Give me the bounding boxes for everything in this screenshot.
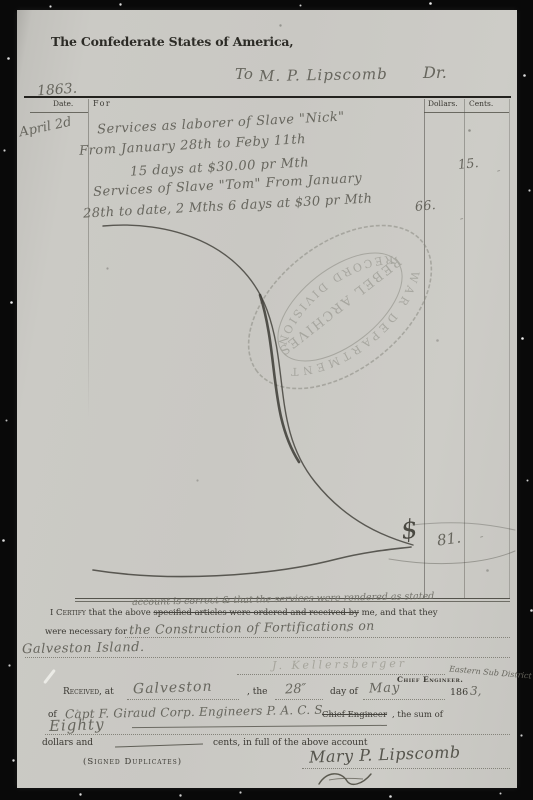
entry-amount-1-cents: ″ <box>497 170 500 180</box>
certify-printed-line: I Certify that the above specified artic… <box>50 608 490 618</box>
entry-date: April 2d <box>18 115 73 141</box>
received-place-handwritten: Galveston <box>133 679 213 698</box>
document-paper: The Confederate States of America, To M.… <box>17 10 517 788</box>
payee-signature: Mary P. Lipscomb <box>309 742 461 766</box>
certify-purpose-handwritten: the Construction of Fortifications on <box>129 618 375 637</box>
masthead-title: The Confederate States of America, <box>51 34 293 49</box>
total-dollars: 81. <box>436 528 462 549</box>
received-day-line <box>275 698 323 700</box>
payee-name-handwritten: M. P. Lipscomb <box>259 65 388 85</box>
certify-lead-rest: that the above <box>89 608 151 618</box>
entry-amount-2-cents: ″ <box>460 218 463 228</box>
total-currency-sign: $ <box>399 514 420 546</box>
received-year-printed: 186 <box>450 687 468 698</box>
brace-bottom-stroke <box>93 547 411 577</box>
film-dust-specks <box>0 0 1 1</box>
column-header-for: For <box>93 99 111 108</box>
received-year-digit-handwritten: 3, <box>470 684 481 698</box>
cents-dash-stroke <box>115 743 203 747</box>
right-edge-rule <box>509 99 510 598</box>
certify-place-handwritten: Galveston Island. <box>22 640 145 657</box>
amount-dash-stroke <box>132 725 387 728</box>
chief-engineer-title: Chief Engineer. <box>397 675 463 684</box>
total-lower-flourish <box>389 551 515 564</box>
received-day-handwritten: 28″ <box>285 681 307 697</box>
column-header-dollars: Dollars. <box>428 99 458 108</box>
dr-abbrev: Dr. <box>423 63 447 82</box>
dollars-header-underline <box>424 112 464 113</box>
signed-duplicates-label: (Signed Duplicates) <box>83 757 182 767</box>
received-label-sc: Received, <box>63 687 102 697</box>
sum-of-label: , the sum of <box>392 710 443 720</box>
received-the-label: , the <box>247 687 267 697</box>
certify-tail: me, and that they <box>362 608 438 618</box>
received-day-of-label: day of <box>330 687 358 697</box>
amount-words-handwritten: Eighty <box>49 715 105 735</box>
dollars-and-label: dollars and <box>42 738 93 748</box>
certify-line3-fill-line <box>25 656 510 658</box>
received-label-at: at <box>105 687 114 697</box>
received-month-line <box>363 698 445 700</box>
struck-chief-engineer: Chief Engineer <box>322 710 387 720</box>
entry-amount-2-dollars: 66. <box>414 198 436 215</box>
amount-fill-line <box>45 733 510 735</box>
received-at-label: Received, at <box>63 687 114 697</box>
head-rule <box>24 96 511 98</box>
received-month-handwritten: May <box>369 680 401 696</box>
certify-lead-sc: I Certify <box>50 608 86 618</box>
certify-interlineation-handwritten: account is correct & that the services w… <box>132 589 517 608</box>
rebel-archives-stamp: WAR DEPARTMENT RECORD DIVISION REBEL ARC… <box>203 177 477 437</box>
film-scan-frame: The Confederate States of America, To M.… <box>0 0 533 800</box>
engineer-signature-faint: J. Kellersberger <box>272 657 407 672</box>
cents-column-rule <box>464 99 465 598</box>
certify-line2-fill-line <box>125 636 510 638</box>
total-cents: ″ <box>480 536 483 546</box>
column-header-date: Date. <box>53 99 73 108</box>
date-header-underline <box>30 112 88 113</box>
signature-paraph-flourish <box>317 768 377 792</box>
dollars-column-rule <box>424 99 425 598</box>
certify-line2-printed: were necessary for <box>45 627 127 637</box>
certify-struck-text: specified articles were ordered and rece… <box>153 608 359 618</box>
bill-to-prefix: To <box>235 65 253 83</box>
entry-line-1: Services as laborer of Slave "Nick" <box>97 110 345 138</box>
column-header-cents: Cents. <box>469 99 493 108</box>
received-place-line <box>127 698 239 700</box>
cents-header-underline <box>464 112 509 113</box>
entry-amount-1-dollars: 15. <box>457 156 479 173</box>
paper-specks <box>17 10 18 11</box>
scratch-mark <box>43 669 56 684</box>
